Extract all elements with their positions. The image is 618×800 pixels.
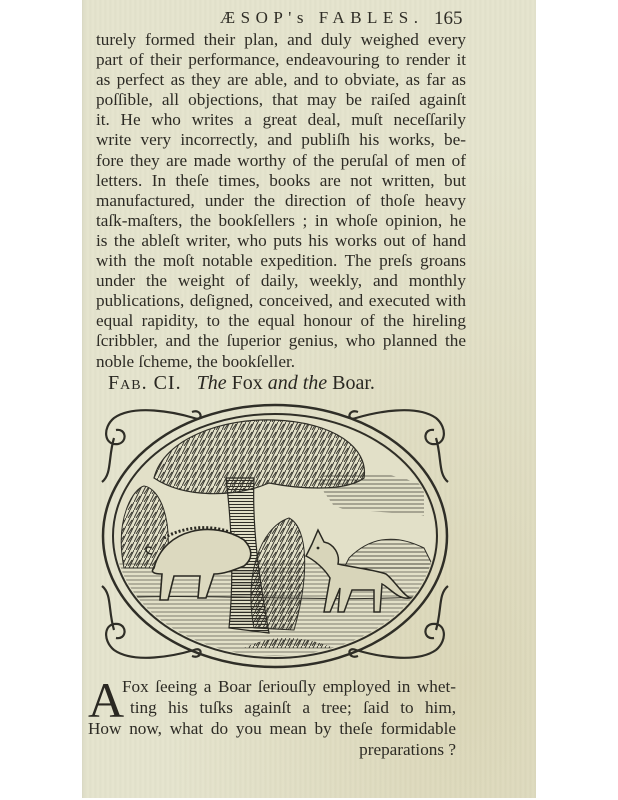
fable-title-fox: Fox [232, 372, 263, 394]
book-page: ÆSOP's FABLES. 165 turely formed their p… [82, 0, 536, 798]
text-line: taſk-maſters, the bookſellers ; in whoſe… [96, 211, 466, 231]
fable-title-the: The [197, 372, 227, 394]
text-line: write very incorrectly, and publiſh his … [96, 130, 466, 150]
fable-title-boar: Boar. [332, 372, 375, 394]
running-title: ÆSOP's FABLES. [220, 8, 424, 28]
text-line: letters. In theſe times, books are not w… [96, 171, 466, 191]
text-line: under the weight of daily, weekly, and m… [96, 271, 466, 291]
text-line: poſſible, all objections, that may be ra… [96, 90, 466, 110]
fable-title-and-the: and the [268, 372, 327, 394]
text-line: it. He who writes a great deal, muſt nec… [96, 110, 466, 130]
text-line: part of their performance, endeavouring … [96, 50, 466, 70]
fable-number: Fab. CI. [108, 372, 182, 394]
text-line: preparations ? [88, 739, 456, 760]
text-line: equal rapidity, to the equal honour of t… [96, 311, 466, 331]
text-line: Fox ſeeing a Boar ſeriouſly employed in … [122, 676, 456, 697]
page-number: 165 [434, 8, 463, 30]
running-head: ÆSOP's FABLES. 165 [82, 4, 536, 28]
text-line: is the ableſt writer, who puts his works… [96, 231, 466, 251]
text-line: manufactured, under the direction of tho… [96, 191, 466, 211]
text-line: turely formed their plan, and duly weigh… [96, 30, 466, 50]
text-line: ting his tuſks againſt a tree; ſaid to h… [130, 697, 456, 718]
woodcut-illustration [94, 398, 456, 670]
text-line: ſcribbler, and the ſuperior genius, who … [96, 331, 466, 351]
text-line: fore they are made worthy of the peruſal… [96, 151, 466, 171]
body-paragraph: turely formed their plan, and duly weigh… [96, 30, 466, 372]
text-line: publications, deſigned, conceived, and e… [96, 291, 466, 311]
text-line: as perfect as they are able, and to obvi… [96, 70, 466, 90]
drop-cap: A [88, 678, 124, 722]
text-line: noble ſcheme, the bookſeller. [96, 352, 466, 372]
text-line: with the moſt notable expedition. The pr… [96, 251, 466, 271]
fable-paragraph: A Fox ſeeing a Boar ſeriouſly employed i… [88, 676, 456, 760]
text-line: How now, what do you mean by theſe formi… [88, 718, 456, 739]
fable-heading: Fab. CI. The Fox and the Boar. [108, 372, 375, 395]
